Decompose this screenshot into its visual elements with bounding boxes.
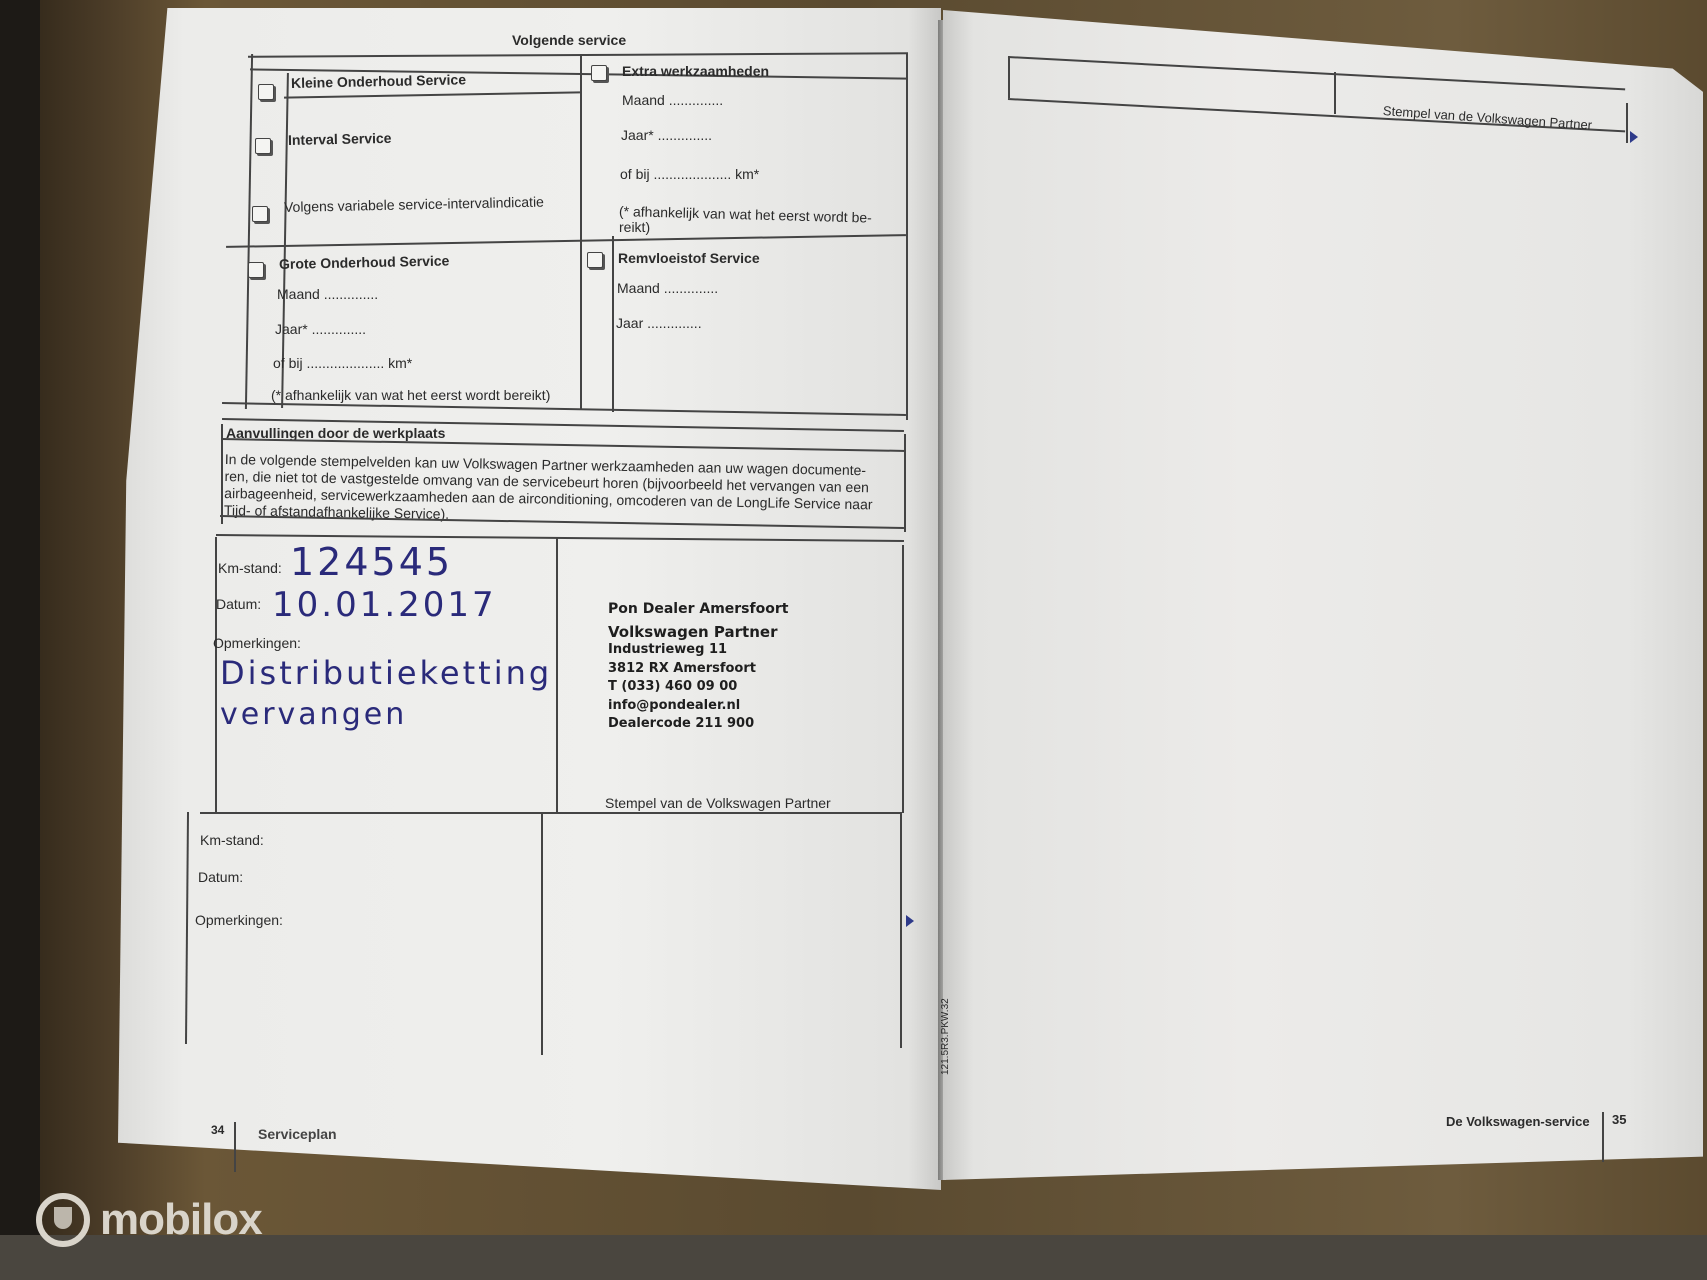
document-code: 121.5R3.PKW.32 — [940, 998, 951, 1075]
section-title-left: Serviceplan — [258, 1126, 337, 1142]
extra-month: Maand .............. — [622, 92, 723, 108]
stamp-phone: T (033) 460 09 00 — [608, 678, 788, 697]
checkbox-grote-onderhoud[interactable] — [248, 262, 264, 278]
form-rule-line — [556, 537, 558, 812]
form-rule-line — [541, 812, 543, 1055]
extra-note-2: reikt) — [619, 219, 650, 235]
grote-month: Maand .............. — [277, 286, 378, 302]
remarks-line-2: vervangen — [220, 697, 407, 732]
section-title-right: De Volkswagen-service — [1446, 1114, 1590, 1129]
brake-title: Remvloeistof Service — [618, 250, 760, 266]
km-stand-label-1: Km-stand: — [218, 560, 282, 576]
grote-note: (* afhankelijk van wat het eerst wordt b… — [271, 387, 550, 403]
checkbox-variabele-interval[interactable] — [252, 206, 268, 222]
form-rule-line — [1626, 103, 1628, 143]
form-rule-line — [1602, 1112, 1604, 1162]
opmerkingen-label-2: Opmerkingen: — [195, 912, 283, 928]
form-rule-line — [900, 812, 902, 1048]
form-rule-line — [906, 54, 908, 420]
extra-km: of bij .................... km* — [620, 166, 759, 182]
remarks-line-1: Distributieketting — [220, 654, 552, 692]
grote-year: Jaar* .............. — [275, 321, 366, 337]
watermark-brand: mobilox — [100, 1195, 262, 1245]
extra-year: Jaar* .............. — [621, 127, 712, 143]
form-rule-line — [234, 1122, 236, 1172]
extra-title: Extra werkzaamheden — [622, 63, 769, 79]
form-rule-line — [580, 54, 582, 409]
next-service-title: Volgende service — [512, 32, 626, 48]
opmerkingen-label-1: Opmerkingen: — [213, 635, 301, 651]
brake-month: Maand .............. — [617, 280, 718, 296]
checkbox-interval-service[interactable] — [255, 138, 271, 154]
form-rule-line — [902, 545, 904, 813]
continue-arrow-right-icon — [1630, 131, 1638, 143]
page-number-right: 35 — [1612, 1112, 1626, 1127]
form-rule-line — [612, 236, 614, 412]
stamp-street: Industrieweg 11 — [608, 641, 788, 660]
form-rule-line — [221, 424, 223, 524]
watermark: mobilox — [36, 1193, 262, 1247]
stamp-email: info@pondealer.nl — [608, 697, 788, 716]
form-rule-line — [215, 537, 217, 812]
checkbox-extra-werkzaamheden[interactable] — [591, 65, 607, 81]
service-interval: Interval Service — [288, 130, 392, 148]
form-rule-line — [1008, 56, 1010, 98]
brake-year: Jaar .............. — [616, 315, 702, 331]
form-rule-line — [200, 812, 902, 814]
page-number-left: 34 — [211, 1123, 224, 1137]
checkbox-remvloeistof[interactable] — [587, 252, 603, 268]
datum-label-1: Datum: — [216, 596, 261, 612]
form-rule-line — [1334, 72, 1336, 114]
datum-label-2: Datum: — [198, 869, 243, 885]
stamp-caption-1: Stempel van de Volkswagen Partner — [605, 795, 831, 811]
continue-arrow-icon — [906, 915, 914, 927]
background-shadow — [0, 0, 40, 1280]
mobilox-logo-icon — [36, 1193, 90, 1247]
stamp-city: 3812 RX Amersfoort — [608, 660, 788, 679]
datum-value-1: 10.01.2017 — [272, 585, 497, 625]
km-stand-value-1: 124545 — [290, 540, 453, 584]
dealer-stamp: Pon Dealer Amersfoort Volkswagen Partner… — [608, 600, 788, 734]
km-stand-label-2: Km-stand: — [200, 832, 264, 848]
additions-description: In de volgende stempelvelden kan uw Volk… — [224, 451, 905, 531]
stamp-partner: Volkswagen Partner — [608, 623, 788, 642]
right-page — [943, 10, 1703, 1180]
stamp-dealer-name: Pon Dealer Amersfoort — [608, 600, 788, 619]
grote-km: of bij .................... km* — [273, 355, 412, 371]
stamp-dealercode: Dealercode 211 900 — [608, 715, 788, 734]
checkbox-kleine-onderhoud[interactable] — [258, 84, 274, 100]
